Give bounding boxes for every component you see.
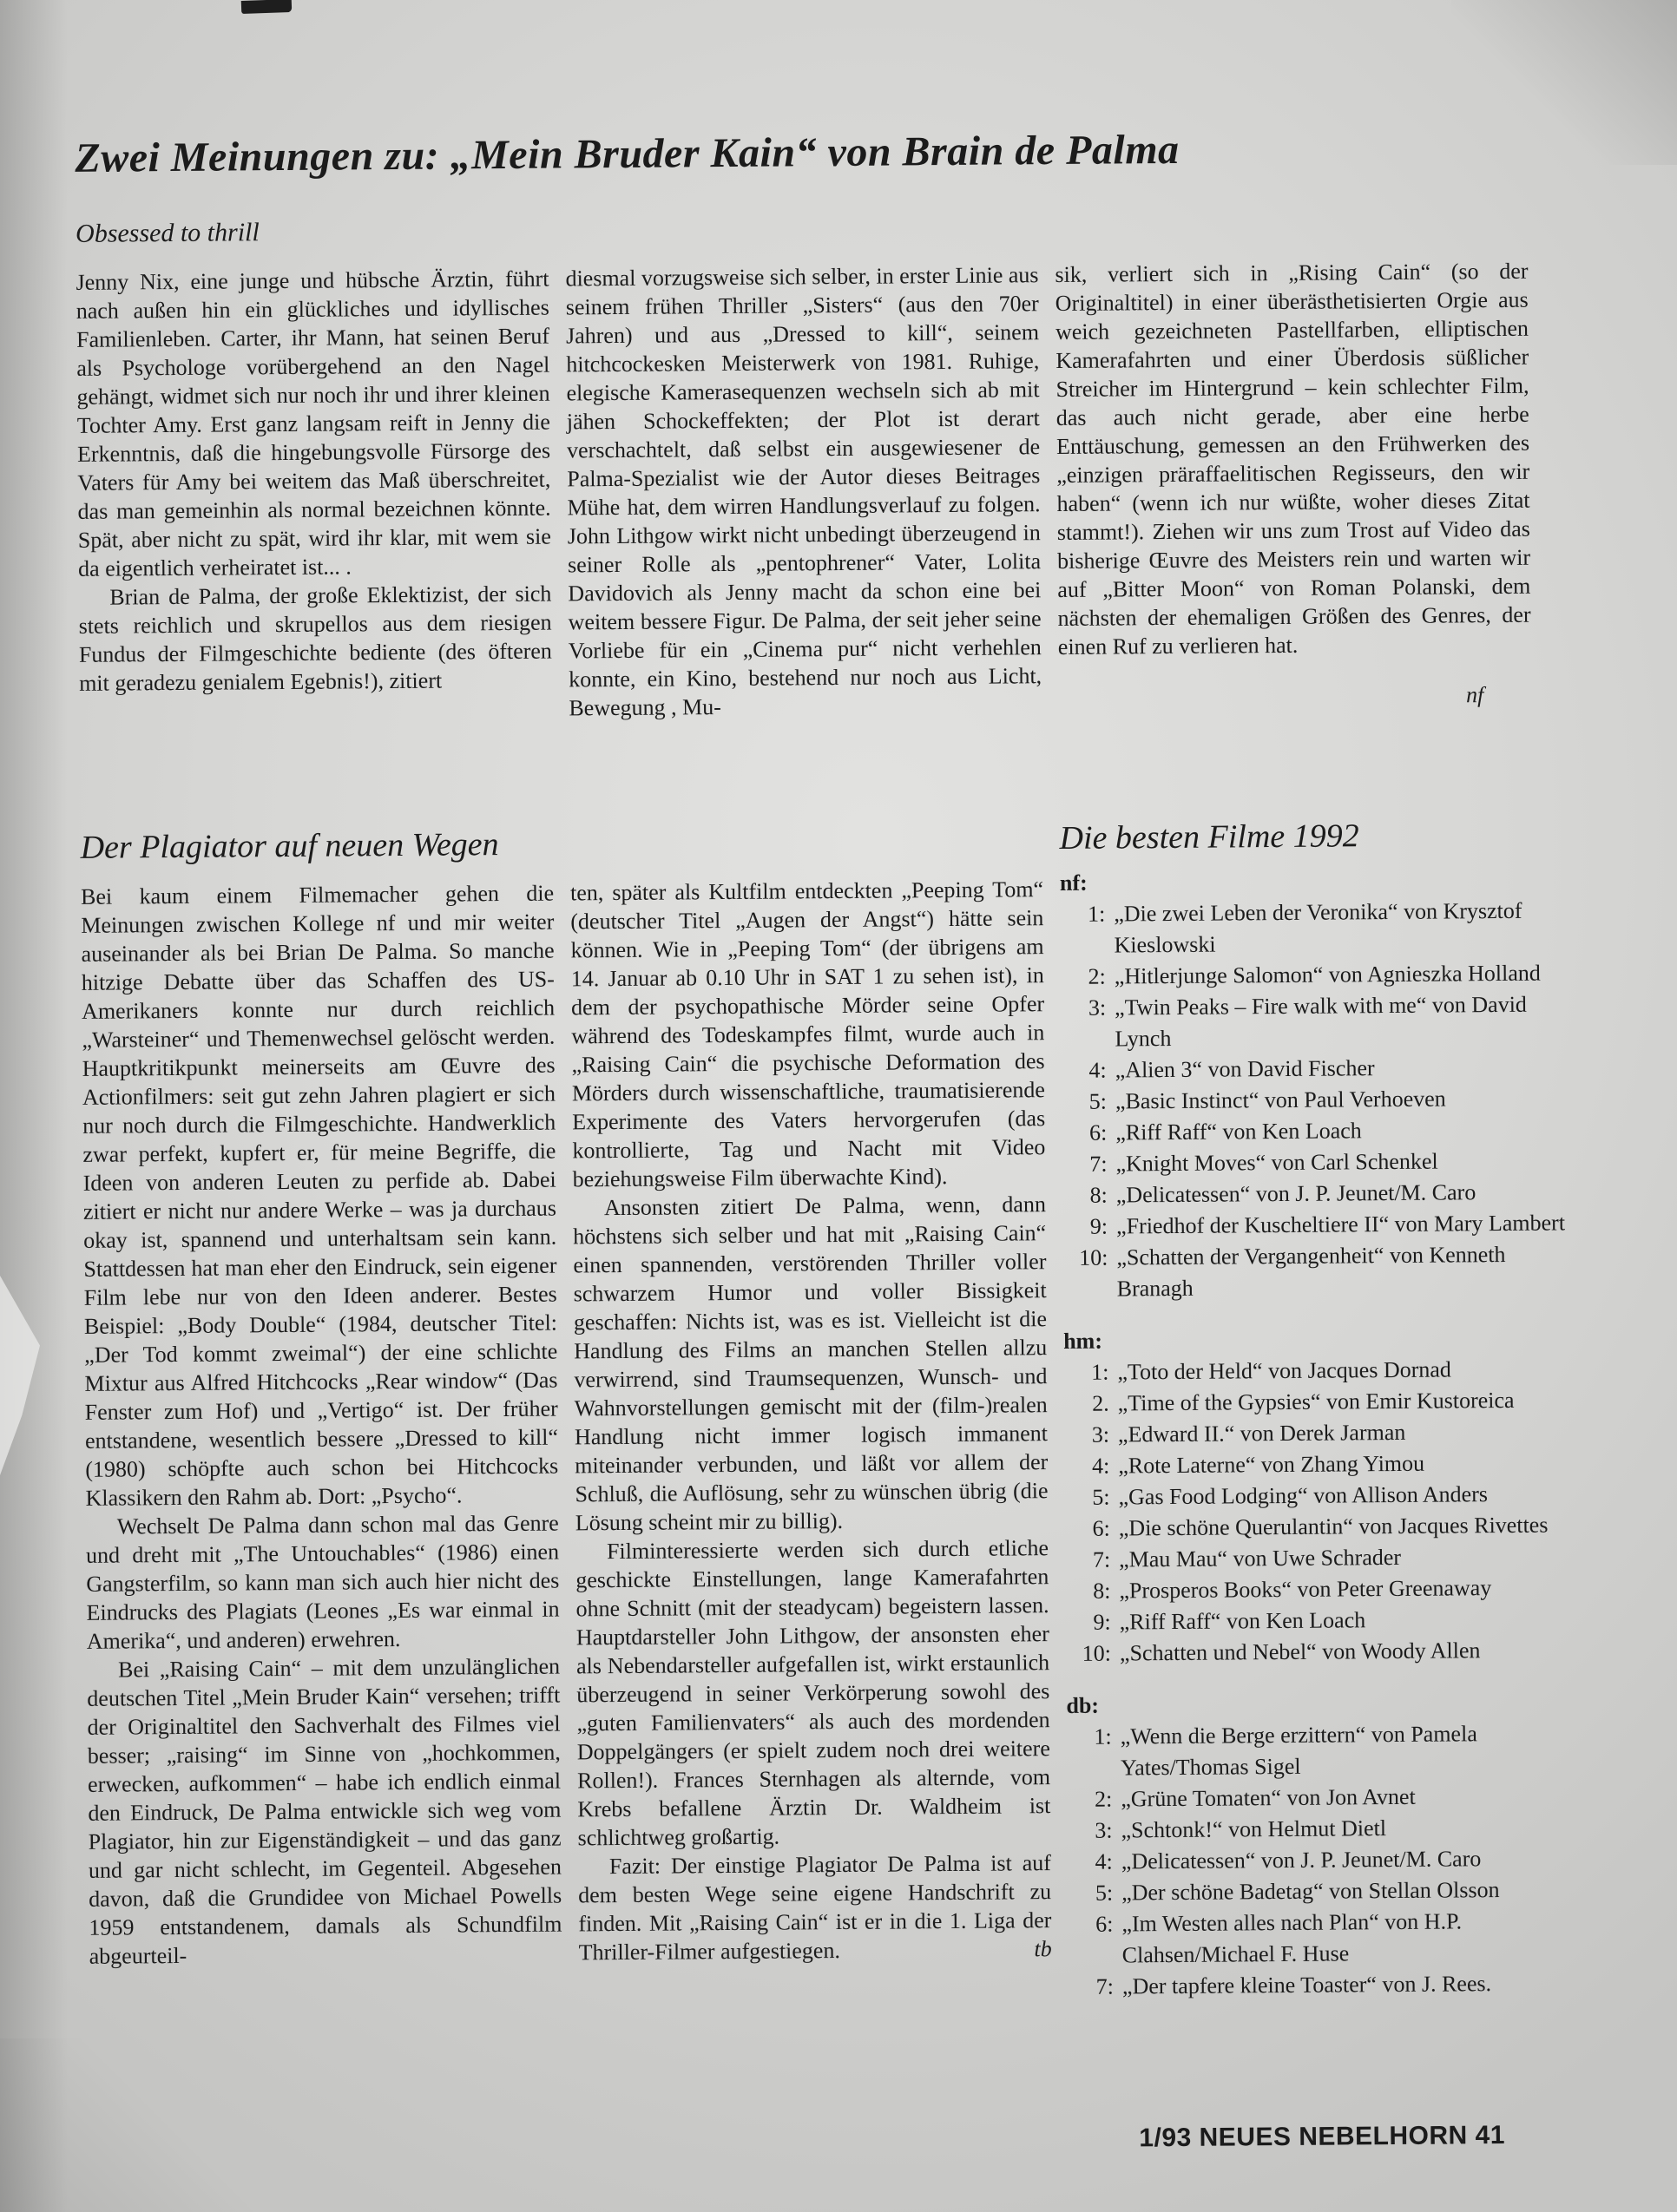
film-rank: 5: bbox=[1062, 1086, 1115, 1117]
paragraph: Jenny Nix, eine junge und hübsche Ärztin… bbox=[76, 265, 551, 583]
film-title: „Delicatessen“ von J. P. Jeunet/M. Caro bbox=[1121, 1842, 1588, 1877]
film-list-item: 10:„Schatten und Nebel“ von Woody Allen bbox=[1066, 1634, 1587, 1670]
film-rank: 1: bbox=[1063, 1356, 1117, 1388]
film-list-item: 2.„Time of the Gypsies“ von Emir Kustore… bbox=[1064, 1384, 1585, 1420]
film-list-item: 1:„Die zwei Leben der Veronika“ von Krys… bbox=[1060, 895, 1582, 962]
film-list-item: 3:„Twin Peaks – Fire walk with me“ von D… bbox=[1061, 988, 1582, 1055]
film-rank: 6: bbox=[1068, 1908, 1122, 1971]
film-rank: 3: bbox=[1061, 992, 1115, 1054]
film-list-item: 4:„Delicatessen“ von J. P. Jeunet/M. Car… bbox=[1068, 1842, 1588, 1878]
film-list-item: 7:„Der tapfere kleine Toaster“ von J. Re… bbox=[1069, 1967, 1589, 2003]
film-title: „Mau Mau“ von Uwe Schrader bbox=[1119, 1540, 1586, 1575]
film-group-label: db: bbox=[1066, 1686, 1587, 1722]
film-title: „Basic Instinct“ von Paul Verhoeven bbox=[1115, 1082, 1582, 1117]
paragraph: Filminteressierte werden sich durch etli… bbox=[575, 1533, 1051, 1852]
film-list-item: 6:„Die schöne Querulantin“ von Jacques R… bbox=[1065, 1509, 1586, 1545]
film-title: „Time of the Gypsies“ von Emir Kustoreic… bbox=[1118, 1384, 1585, 1419]
film-title: „Grüne Tomaten“ von Jon Avnet bbox=[1121, 1780, 1588, 1815]
film-list-item: 1:„Toto der Held“ von Jacques Dornad bbox=[1063, 1353, 1584, 1388]
author-signature: nf bbox=[1058, 680, 1531, 712]
film-title: „Schtonk!“ von Helmut Dietl bbox=[1121, 1811, 1588, 1846]
film-list-item: 10:„Schatten der Vergangenheit“ von Kenn… bbox=[1062, 1238, 1584, 1305]
article1-column-2: diesmal vorzugsweise sich selber, in ers… bbox=[565, 260, 1042, 722]
film-rank: 9: bbox=[1066, 1606, 1120, 1638]
article2-column-1: Bei kaum einem Filmemacher gehen die Mei… bbox=[81, 879, 562, 1971]
film-title: „Twin Peaks – Fire walk with me“ von Dav… bbox=[1115, 988, 1582, 1054]
film-list-item: 5:„Gas Food Lodging“ von Allison Anders bbox=[1064, 1478, 1585, 1513]
film-rank: 10: bbox=[1062, 1242, 1117, 1304]
film-title: „Der tapfere kleine Toaster“ von J. Rees… bbox=[1122, 1967, 1589, 2002]
film-list-item: 3:„Schtonk!“ von Helmut Dietl bbox=[1067, 1811, 1588, 1847]
film-title: „Wenn die Berge erzittern“ von Pamela Ya… bbox=[1121, 1717, 1588, 1783]
film-title: „Prosperos Books“ von Peter Greenaway bbox=[1119, 1572, 1586, 1606]
film-rank: 3: bbox=[1064, 1419, 1118, 1450]
film-title: „Riff Raff“ von Ken Loach bbox=[1115, 1113, 1582, 1148]
film-rank: 2: bbox=[1067, 1783, 1121, 1815]
film-rank: 1: bbox=[1067, 1721, 1121, 1783]
film-title: „Riff Raff“ von Ken Loach bbox=[1120, 1603, 1587, 1638]
film-rank: 7: bbox=[1069, 1971, 1122, 2002]
film-title: „Alien 3“ von David Fischer bbox=[1115, 1051, 1582, 1086]
film-rank: 8: bbox=[1065, 1575, 1119, 1606]
paragraph: Brian de Palma, der große Eklektizist, d… bbox=[78, 580, 552, 698]
film-list-item: 9:„Riff Raff“ von Ken Loach bbox=[1066, 1603, 1587, 1638]
best-films-heading: Die besten Filme 1992 bbox=[1059, 817, 1358, 857]
film-group: nf:1:„Die zwei Leben der Veronika“ von K… bbox=[1060, 863, 1584, 1305]
film-rank: 1: bbox=[1060, 899, 1115, 962]
film-list-item: 4:„Alien 3“ von David Fischer bbox=[1062, 1051, 1582, 1086]
film-rank: 9: bbox=[1062, 1211, 1116, 1242]
film-rank: 4: bbox=[1064, 1450, 1118, 1481]
film-group-label: hm: bbox=[1063, 1322, 1584, 1357]
film-title: „Hitlerjunge Salomon“ von Agnieszka Holl… bbox=[1115, 957, 1582, 992]
paragraph: diesmal vorzugsweise sich selber, in ers… bbox=[565, 260, 1042, 722]
film-rank: 6: bbox=[1062, 1117, 1115, 1148]
film-list-item: 5:„Basic Instinct“ von Paul Verhoeven bbox=[1062, 1082, 1582, 1118]
best-films-list: nf:1:„Die zwei Leben der Veronika“ von K… bbox=[1060, 863, 1589, 2024]
film-title: „Die zwei Leben der Veronika“ von Kryszt… bbox=[1114, 895, 1582, 961]
article1-heading: Obsessed to thrill bbox=[76, 218, 260, 249]
paragraph: Fazit: Der einstige Plagiator De Palma i… bbox=[578, 1848, 1052, 1966]
film-group: db:1:„Wenn die Berge erzittern“ von Pame… bbox=[1066, 1686, 1589, 2003]
film-list-item: 1:„Wenn die Berge erzittern“ von Pamela … bbox=[1067, 1717, 1588, 1784]
film-list-item: 7:„Knight Moves“ von Carl Schenkel bbox=[1062, 1145, 1582, 1180]
film-title: „Schatten der Vergangenheit“ von Kenneth… bbox=[1116, 1238, 1584, 1304]
film-title: „Toto der Held“ von Jacques Dornad bbox=[1117, 1353, 1584, 1388]
film-title: „Schatten und Nebel“ von Woody Allen bbox=[1120, 1634, 1587, 1669]
paragraph: ten, später als Kultfilm entdeckten „Pee… bbox=[570, 875, 1046, 1193]
film-title: „Friedhof der Kuscheltiere II“ von Mary … bbox=[1116, 1207, 1583, 1242]
article2-heading: Der Plagiator auf neuen Wegen bbox=[80, 825, 498, 867]
film-list-item: 3:„Edward II.“ von Derek Jarman bbox=[1064, 1415, 1585, 1451]
film-rank: 7: bbox=[1062, 1148, 1115, 1179]
paragraph: Ansonsten zitiert De Palma, wenn, dann h… bbox=[573, 1190, 1049, 1537]
film-group-label: nf: bbox=[1060, 863, 1581, 899]
article1-column-3: sik, verliert sich in „Rising Cain“ (so … bbox=[1055, 257, 1531, 712]
film-rank: 5: bbox=[1068, 1877, 1121, 1908]
film-rank: 4: bbox=[1068, 1846, 1121, 1877]
film-title: „Im Westen alles nach Plan“ von H.P. Cla… bbox=[1121, 1905, 1589, 1971]
film-group: hm:1:„Toto der Held“ von Jacques Dornad2… bbox=[1063, 1322, 1587, 1670]
film-rank: 5: bbox=[1064, 1481, 1118, 1513]
page-content: Zwei Meinungen zu: „Mein Bruder Kain“ vo… bbox=[0, 0, 1677, 2212]
film-list-item: 7:„Mau Mau“ von Uwe Schrader bbox=[1065, 1540, 1586, 1576]
paragraph: sik, verliert sich in „Rising Cain“ (so … bbox=[1055, 257, 1531, 661]
author-signature: tb bbox=[1003, 1934, 1051, 1963]
film-rank: 6: bbox=[1065, 1513, 1119, 1544]
film-title: „Edward II.“ von Derek Jarman bbox=[1118, 1415, 1585, 1450]
film-rank: 10: bbox=[1066, 1638, 1120, 1669]
article2-column-2: ten, später als Kultfilm entdeckten „Pee… bbox=[570, 875, 1052, 1966]
film-title: „Der schöne Badetag“ von Stellan Olsson bbox=[1121, 1874, 1588, 1908]
page-footer: 1/93 NEUES NEBELHORN 41 bbox=[1139, 2121, 1505, 2153]
film-rank: 3: bbox=[1067, 1815, 1121, 1846]
article1-column-1: Jenny Nix, eine junge und hübsche Ärztin… bbox=[76, 265, 552, 698]
film-title: „Knight Moves“ von Carl Schenkel bbox=[1115, 1145, 1582, 1179]
film-title: „Gas Food Lodging“ von Allison Anders bbox=[1118, 1478, 1585, 1513]
film-title: „Delicatessen“ von J. P. Jeunet/M. Caro bbox=[1116, 1176, 1583, 1211]
film-list-item: 4:„Rote Laterne“ von Zhang Yimou bbox=[1064, 1447, 1585, 1482]
film-list-item: 6:„Im Westen alles nach Plan“ von H.P. C… bbox=[1068, 1905, 1589, 1972]
magazine-page: Zwei Meinungen zu: „Mein Bruder Kain“ vo… bbox=[0, 0, 1677, 2212]
film-rank: 4: bbox=[1062, 1054, 1115, 1086]
film-list-item: 2:„Hitlerjunge Salomon“ von Agnieszka Ho… bbox=[1061, 957, 1582, 993]
film-title: „Rote Laterne“ von Zhang Yimou bbox=[1118, 1447, 1585, 1481]
film-list-item: 5:„Der schöne Badetag“ von Stellan Olsso… bbox=[1068, 1874, 1588, 1909]
film-rank: 2. bbox=[1064, 1388, 1118, 1419]
film-rank: 2: bbox=[1061, 961, 1115, 992]
paragraph: Wechselt De Palma dann schon mal das Gen… bbox=[86, 1509, 560, 1656]
paragraph: Bei „Raising Cain“ – mit dem unzulänglic… bbox=[87, 1652, 562, 1971]
film-list-item: 9:„Friedhof der Kuscheltiere II“ von Mar… bbox=[1062, 1207, 1583, 1243]
page-title: Zwei Meinungen zu: „Mein Bruder Kain“ vo… bbox=[75, 123, 1463, 182]
film-list-item: 6:„Riff Raff“ von Ken Loach bbox=[1062, 1113, 1582, 1149]
film-list-item: 2:„Grüne Tomaten“ von Jon Avnet bbox=[1067, 1780, 1588, 1815]
film-title: „Die schöne Querulantin“ von Jacques Riv… bbox=[1119, 1509, 1586, 1544]
film-list-item: 8:„Delicatessen“ von J. P. Jeunet/M. Car… bbox=[1062, 1176, 1583, 1211]
film-rank: 8: bbox=[1062, 1179, 1116, 1211]
paragraph: Bei kaum einem Filmemacher gehen die Mei… bbox=[81, 879, 559, 1513]
film-list-item: 8:„Prosperos Books“ von Peter Greenaway bbox=[1065, 1572, 1586, 1607]
film-rank: 7: bbox=[1065, 1544, 1119, 1575]
